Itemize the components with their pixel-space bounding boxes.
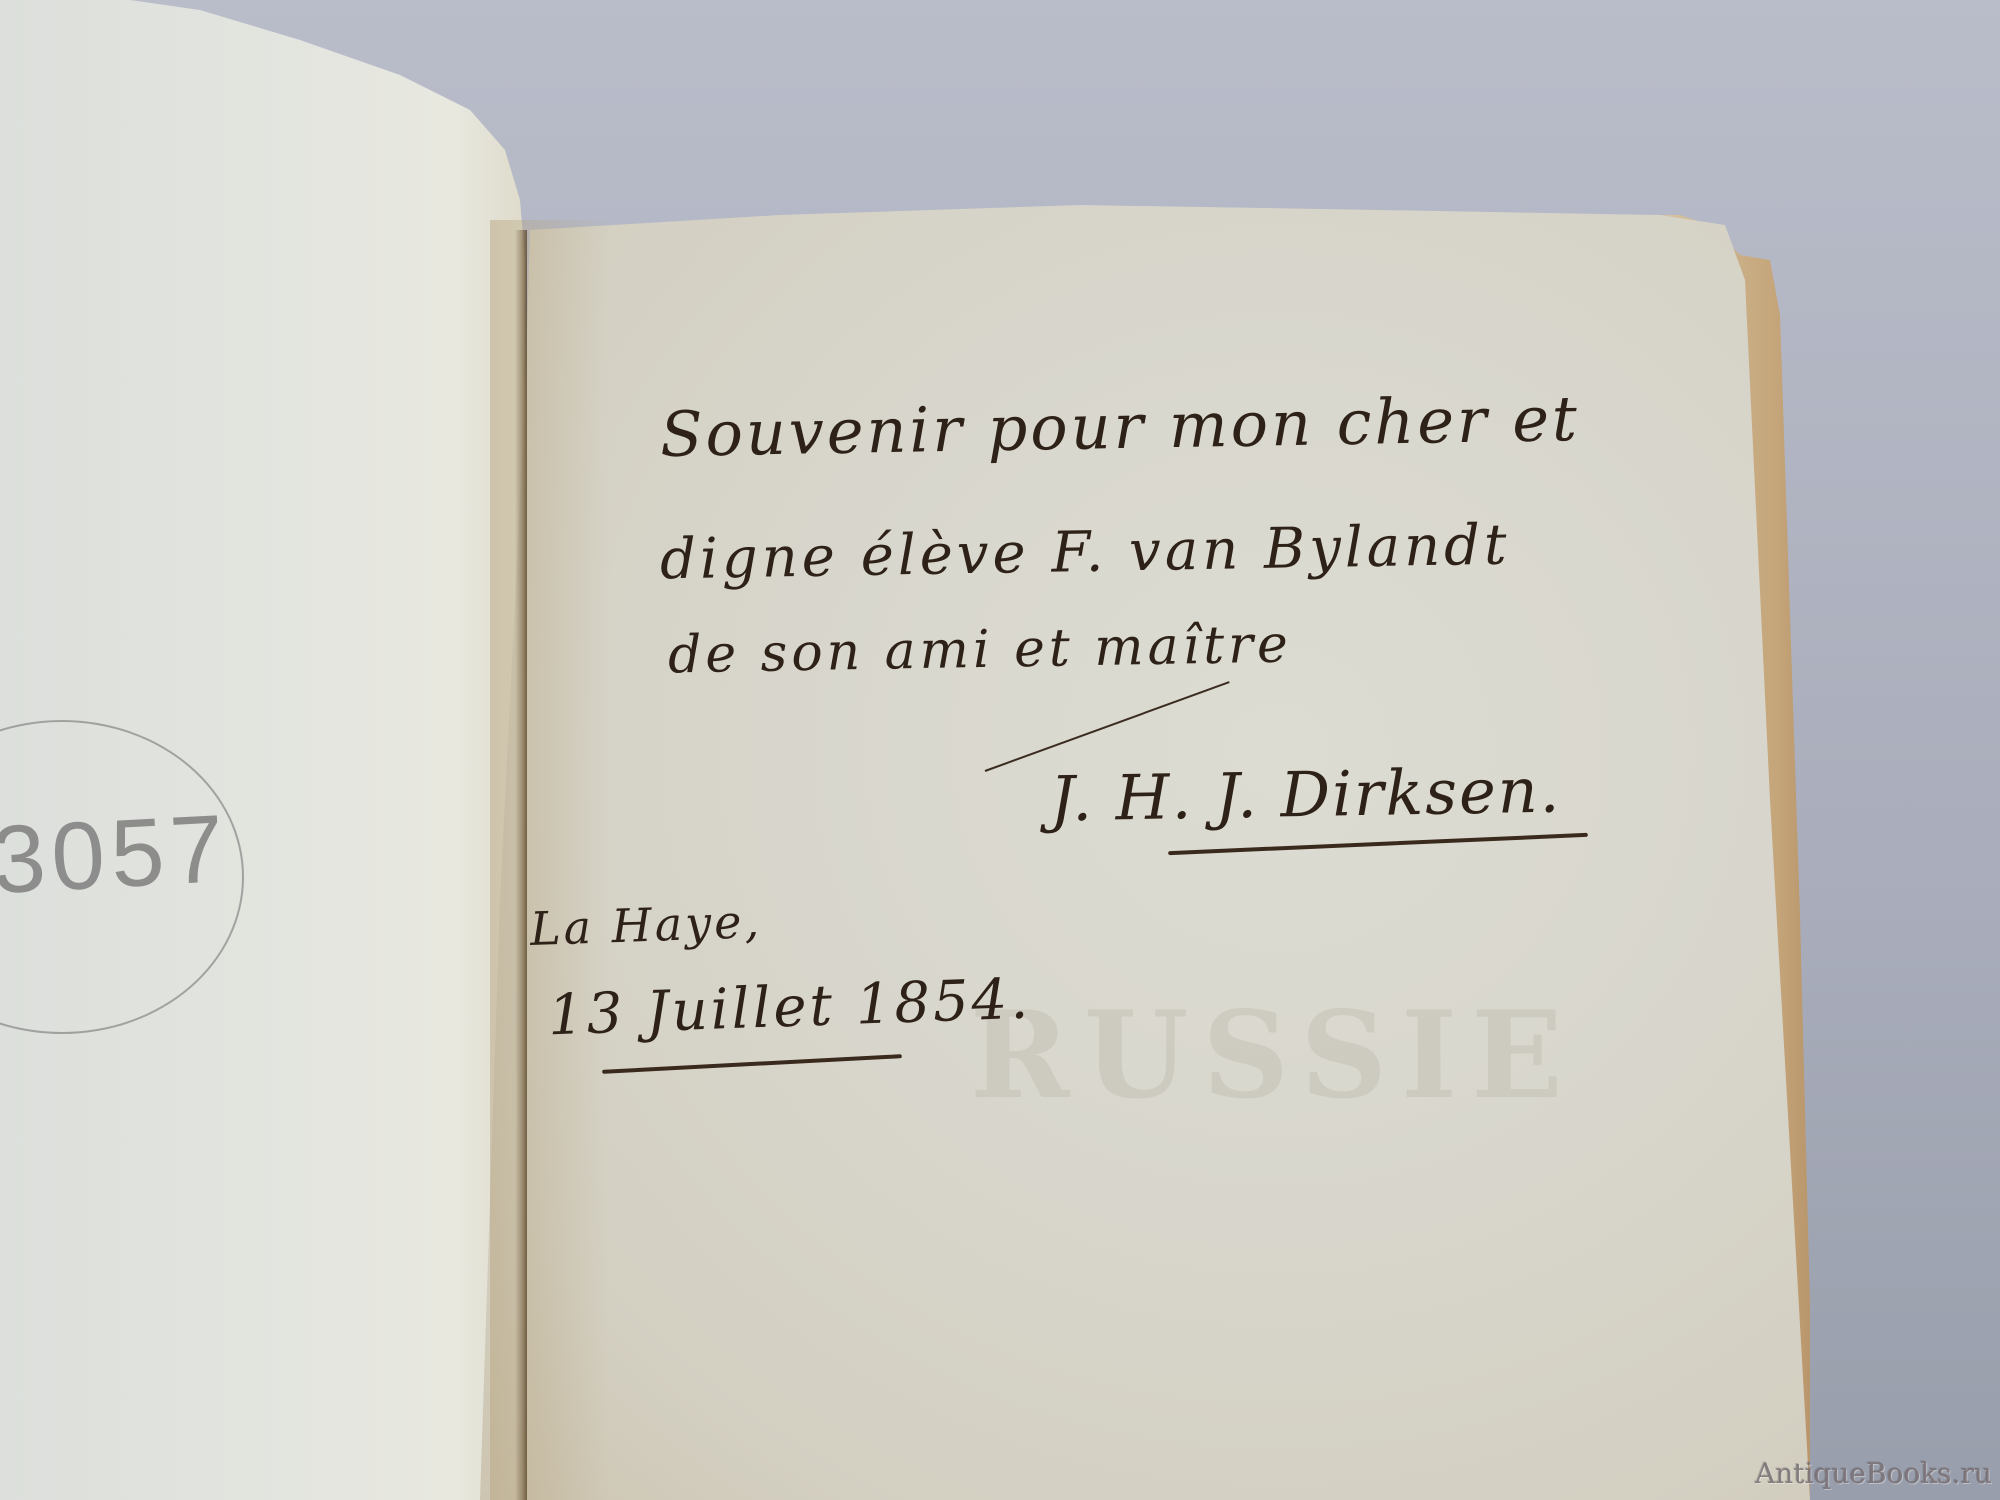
photo-scene: 3057 RUSSIE Souvenir pour mon cher et di… [0,0,2000,1500]
inscription-line-3: de son ami et maître [668,615,1293,686]
watermark: AntiqueBooks.ru [1755,1457,1992,1490]
gutter-shadow [490,220,610,1500]
right-page [480,0,1810,1500]
page-fold-shadow [515,230,527,1500]
signature: J. H. J. Dirksen. [1049,754,1561,836]
place-text: La Haye, [529,894,763,956]
show-through-text: RUSSIE [970,985,1577,1126]
pencil-catalog-number: 3057 [0,794,232,916]
